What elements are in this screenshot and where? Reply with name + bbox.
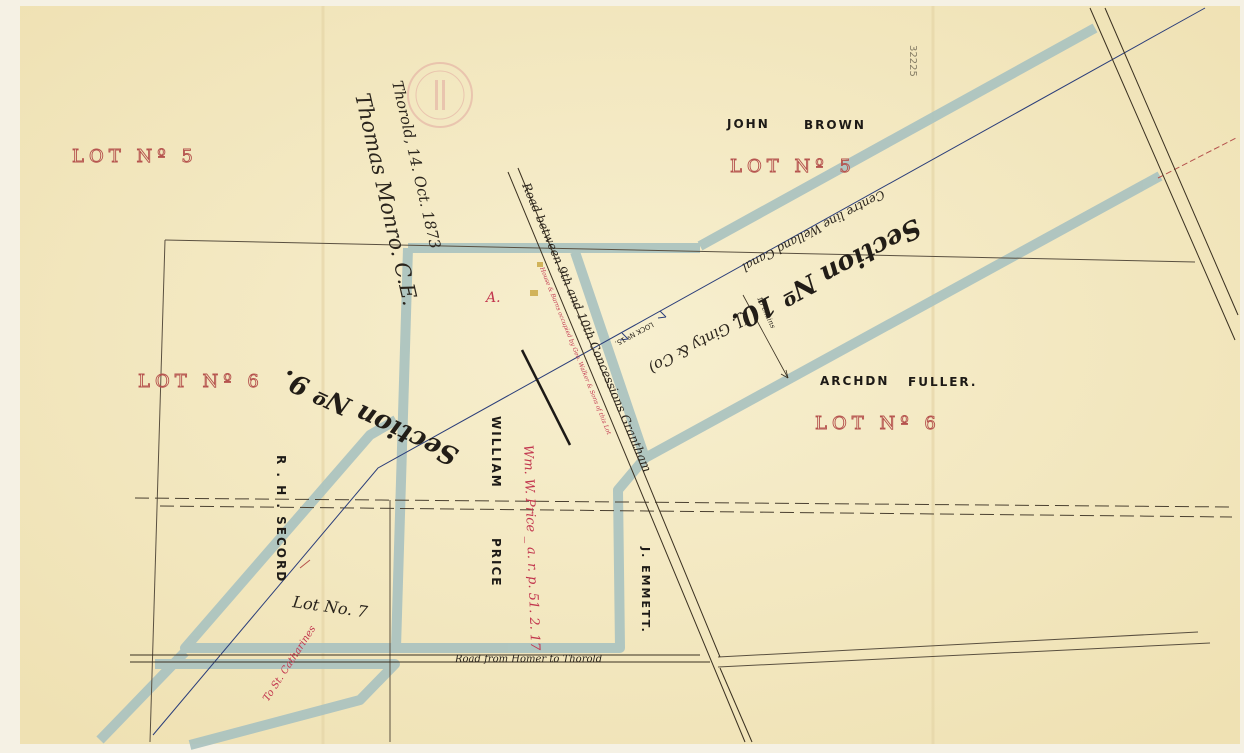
lot-5-west-label: LOT Nº 5 bbox=[72, 146, 198, 167]
owner-william: WILLIAM bbox=[489, 416, 503, 489]
owner-rh-secord: R . H . SECORD bbox=[274, 455, 288, 583]
survey-map: 32225 Thorold, 14. Oct. 1873 Thomas Monr… bbox=[0, 0, 1244, 753]
owner-fuller: FULLER. bbox=[908, 375, 977, 389]
catalog-number: 32225 bbox=[907, 45, 918, 77]
owner-price: PRICE bbox=[489, 538, 503, 588]
lot-5-east-label: LOT Nº 5 bbox=[730, 156, 856, 177]
owner-brown: BROWN bbox=[804, 118, 866, 132]
homer-thorold-road-label: Road from Homer to Thorold bbox=[454, 654, 602, 665]
owner-john: JOHN bbox=[726, 117, 770, 131]
owner-j-emmett: J. EMMETT. bbox=[639, 546, 652, 634]
lot-6-east-label: LOT Nº 6 bbox=[815, 413, 941, 434]
lot-6-west-label: LOT Nº 6 bbox=[138, 371, 264, 392]
owner-archdn: ARCHDN bbox=[820, 374, 889, 388]
map-canvas: 32225 Thorold, 14. Oct. 1873 Thomas Monr… bbox=[0, 0, 1244, 753]
building-icon bbox=[530, 290, 538, 296]
letter-a-label: A. bbox=[484, 290, 501, 306]
